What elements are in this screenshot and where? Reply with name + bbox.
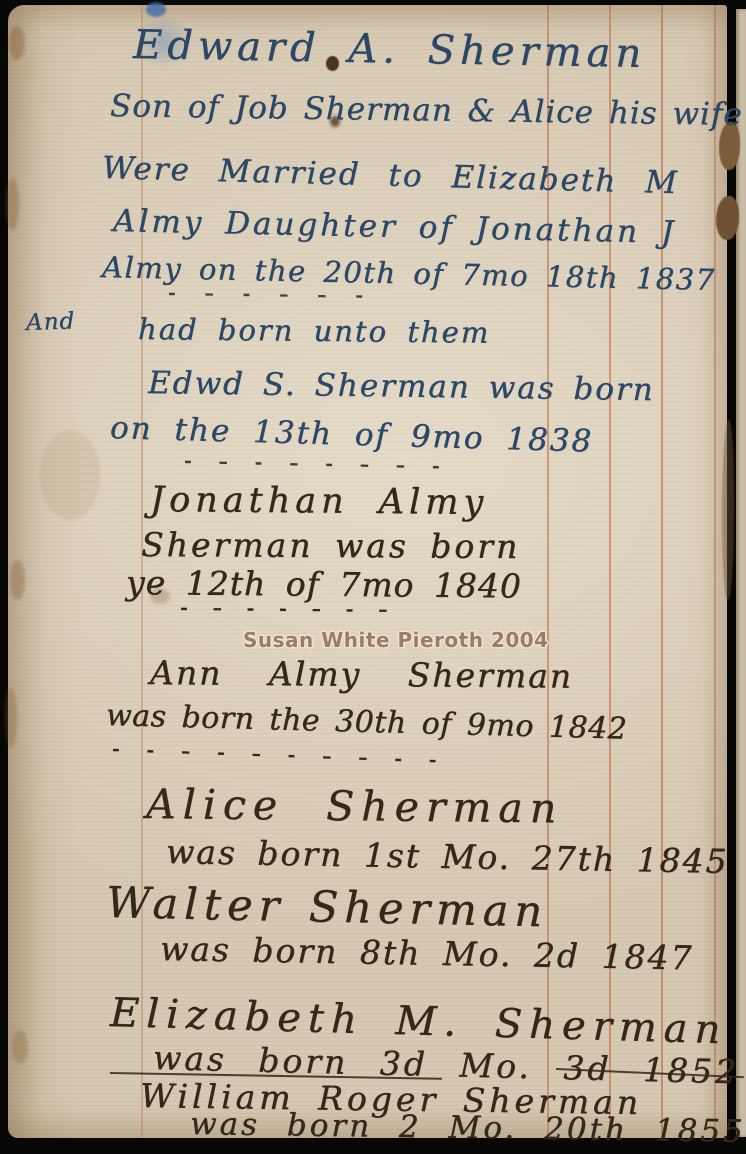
handwriting-title-edward-a-sherman: Edward A. Sherman xyxy=(133,22,647,77)
pen-dash-row: - – - – – - xyxy=(168,282,375,307)
edge-stain xyxy=(12,1030,28,1064)
pen-dash-row: - – - - – - – xyxy=(180,597,397,621)
handwriting-had-born-unto-them: had born unto them xyxy=(138,312,491,350)
torn-edge-fragment xyxy=(716,196,739,240)
edge-stain xyxy=(5,688,17,748)
edge-stain xyxy=(6,178,19,230)
handwriting-marginal-and: And xyxy=(26,308,76,336)
edge-stain xyxy=(9,26,25,60)
blue-ink-spot xyxy=(146,2,166,17)
edge-stain xyxy=(10,560,25,600)
ledger-column-rule-4 xyxy=(714,5,716,1137)
torn-edge-shadow xyxy=(722,420,734,600)
handwriting-birth-date-1855: was born 2 Mo. 20th 1855 xyxy=(190,1106,746,1150)
handwriting-ann-almy-sherman: Ann Almy Sherman xyxy=(150,653,573,696)
handwriting-jonathan-almy: Jonathan Almy xyxy=(150,480,488,523)
scanned-record-page: Edward A. Sherman Son of Job Sherman & A… xyxy=(0,0,746,1154)
next-page-sliver xyxy=(736,9,746,1137)
paper-stain xyxy=(40,430,100,520)
handwriting-sherman-was-born: Sherman was born xyxy=(141,525,520,566)
handwriting-alice-sherman: Alice Sherman xyxy=(146,780,564,832)
handwriting-edwd-s-sherman: Edwd S. Sherman was born xyxy=(148,365,655,408)
copyright-watermark: Susan White Pieroth 2004 xyxy=(243,628,549,652)
